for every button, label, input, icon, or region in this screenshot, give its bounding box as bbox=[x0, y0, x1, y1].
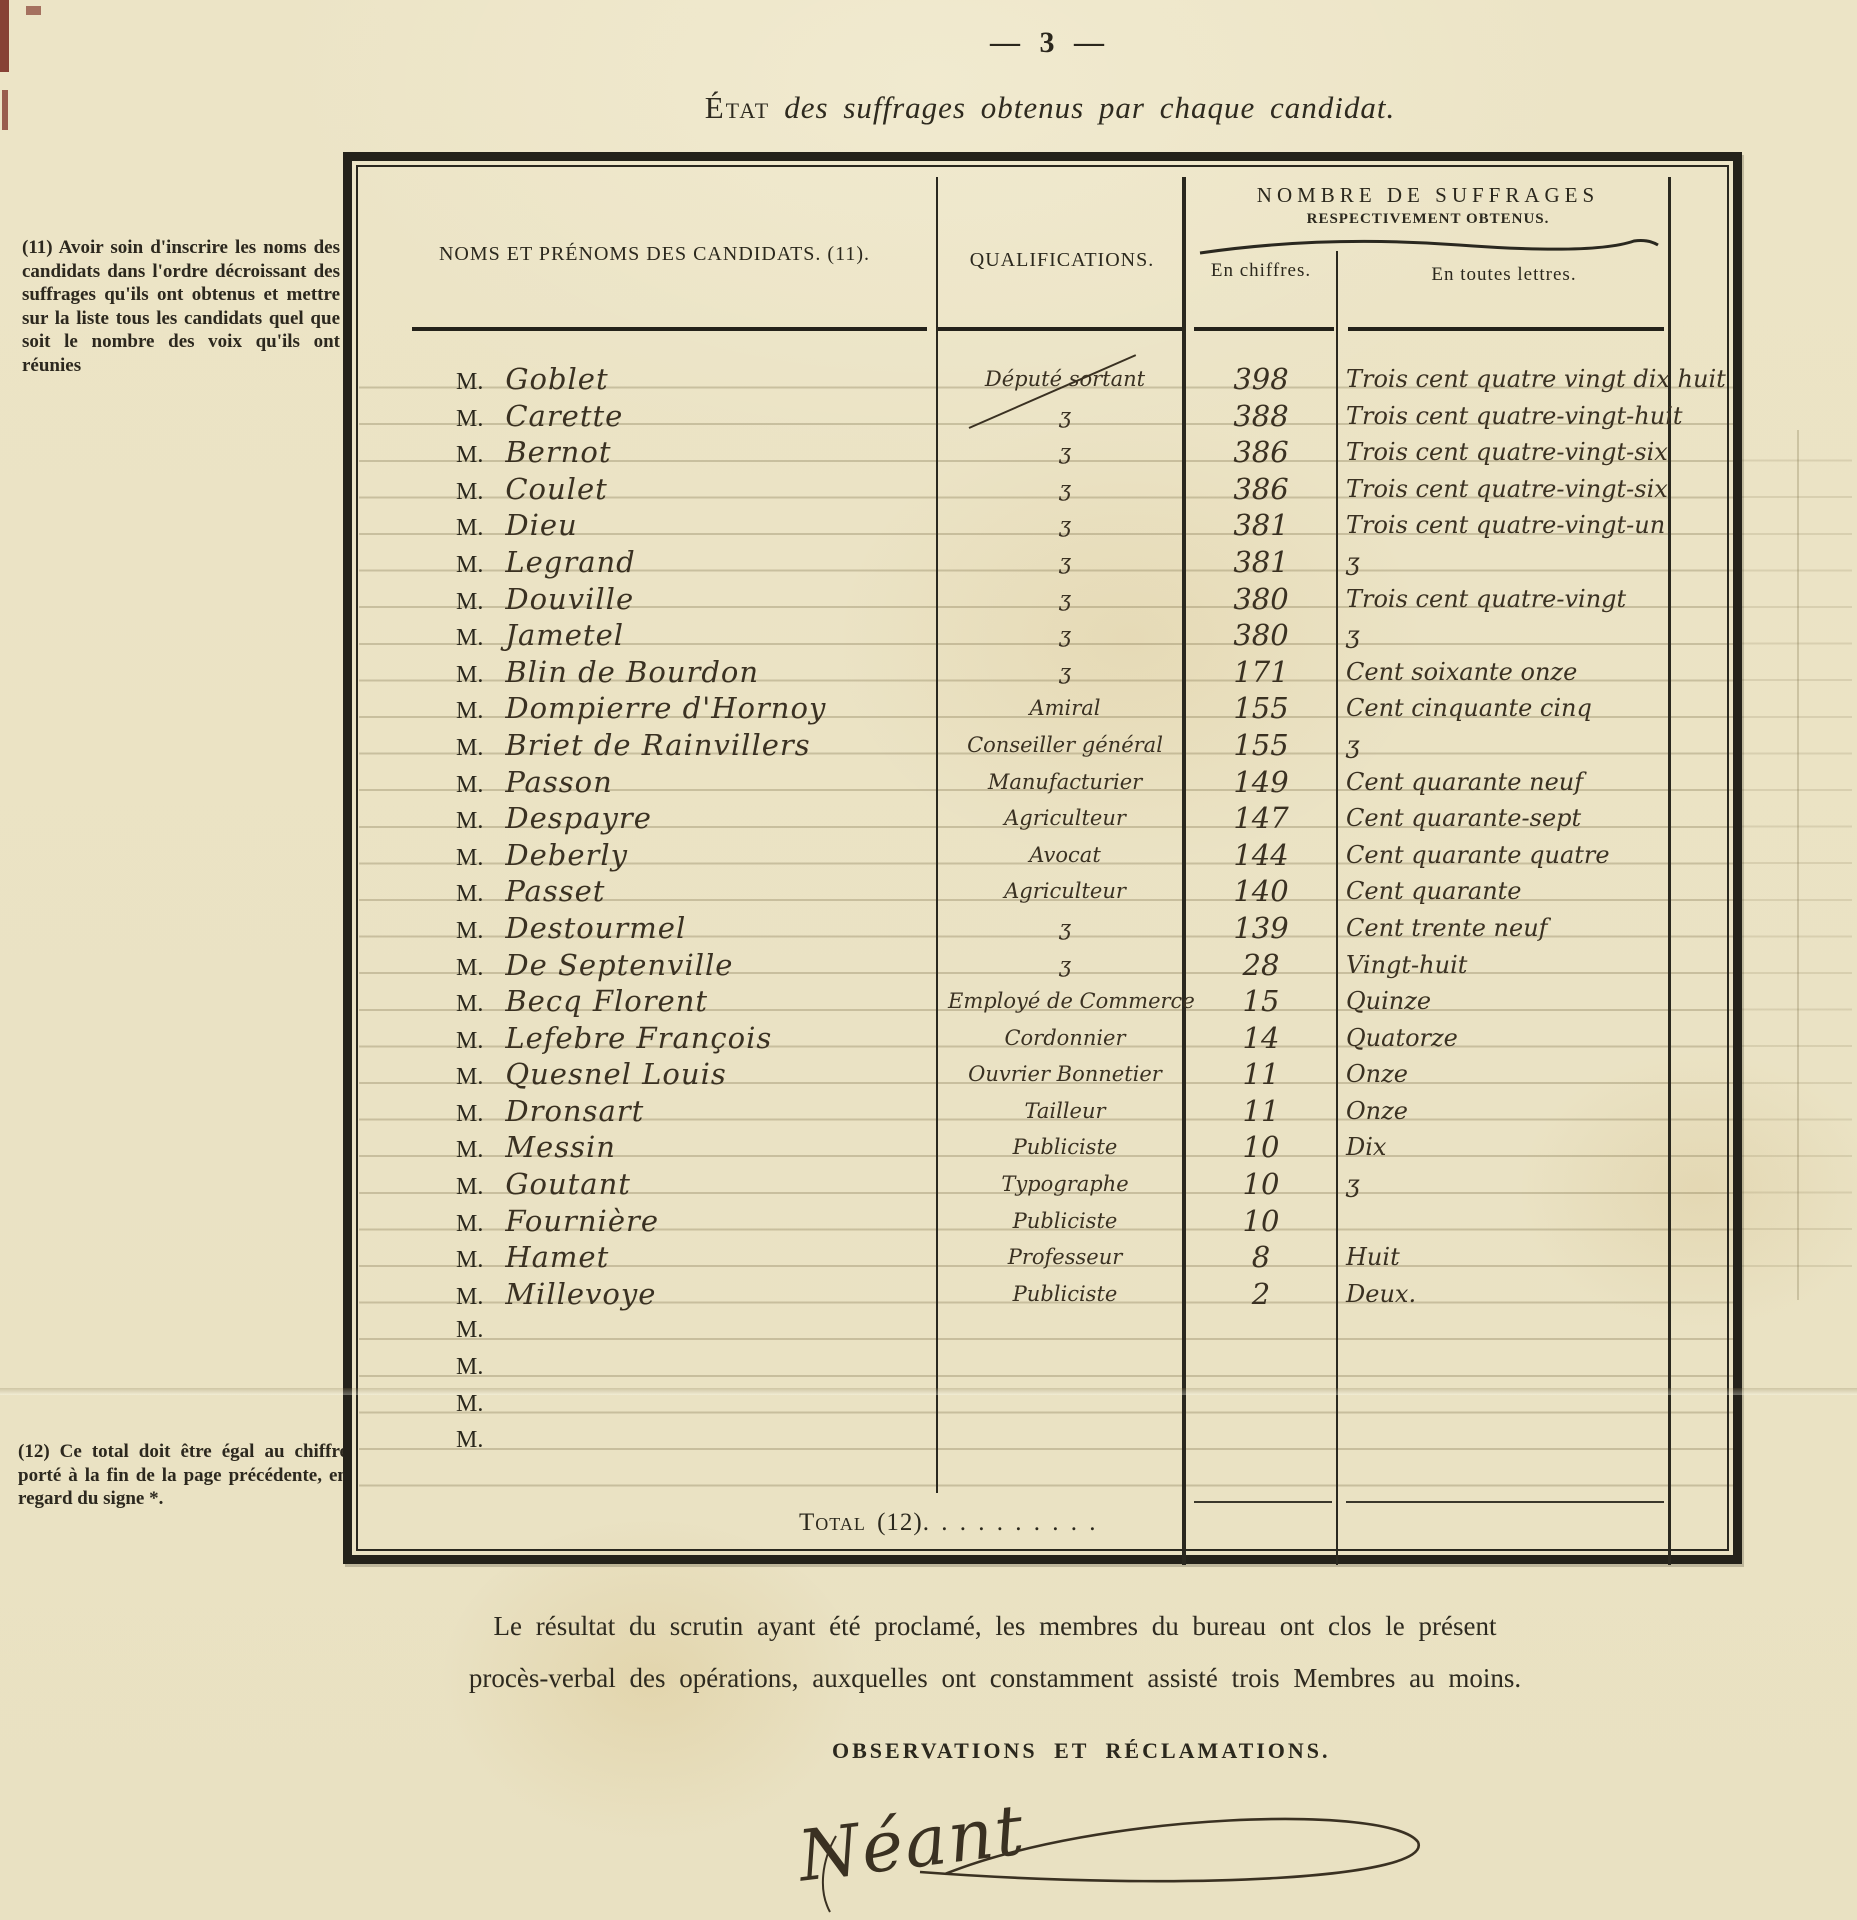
row-prefix: M. bbox=[456, 589, 483, 615]
table-rows: M.GobletDéputé sortant398Trois cent quat… bbox=[352, 361, 1733, 1459]
qualification: Ouvrier Bonnetier bbox=[948, 1056, 1182, 1093]
table-row: M.PassonManufacturier149Cent quarante ne… bbox=[352, 764, 1733, 801]
votes-figure: 171 bbox=[1188, 654, 1334, 691]
votes-words: Trois cent quatre-vingt bbox=[1346, 581, 1806, 618]
candidate-name: Passet bbox=[505, 874, 605, 908]
table-row: M.Couletʒ386Trois cent quatre-vingt-six bbox=[352, 471, 1733, 508]
votes-figure: 11 bbox=[1188, 1093, 1334, 1130]
row-prefix: M. bbox=[456, 515, 483, 541]
table-row: M.MessinPubliciste10Dix bbox=[352, 1129, 1733, 1166]
qualification: Conseiller général bbox=[948, 727, 1182, 764]
candidate-name: Coulet bbox=[505, 472, 607, 506]
scan-edge-mark bbox=[0, 0, 9, 72]
row-prefix: M. bbox=[456, 698, 483, 724]
votes-words: ʒ bbox=[1346, 727, 1806, 764]
row-prefix: M. bbox=[456, 406, 483, 432]
margin-note-12: (12) Ce total doit être égal au chiffre … bbox=[18, 1440, 348, 1511]
table-row: M.Dieuʒ381Trois cent quatre-vingt-un bbox=[352, 507, 1733, 544]
candidate-name: Dompierre d'Hornoy bbox=[505, 691, 826, 725]
title-smallcaps: État bbox=[705, 90, 771, 125]
candidate-cell: M.Goblet bbox=[456, 361, 609, 398]
qualification: Amiral bbox=[948, 690, 1182, 727]
row-prefix: M. bbox=[456, 552, 483, 578]
qualification: Professeur bbox=[948, 1239, 1182, 1276]
qualification: ʒ bbox=[948, 398, 1182, 435]
candidate-name: Quesnel Louis bbox=[505, 1057, 726, 1091]
candidate-name: Millevoye bbox=[505, 1277, 656, 1311]
qualification: Député sortant bbox=[948, 361, 1182, 398]
table-row: M.Destourmelʒ139Cent trente neuf bbox=[352, 910, 1733, 947]
votes-words: Quinze bbox=[1346, 983, 1806, 1020]
votes-words: Dix bbox=[1346, 1129, 1806, 1166]
candidate-name: Dronsart bbox=[505, 1094, 644, 1128]
votes-figure: 28 bbox=[1188, 947, 1334, 984]
scan-edge-mark bbox=[26, 6, 41, 15]
candidate-cell: M.Becq Florent bbox=[456, 983, 708, 1020]
candidate-name: Jametel bbox=[505, 618, 624, 652]
table-row: M.Blin de Bourdonʒ171Cent soixante onze bbox=[352, 654, 1733, 691]
table-row: M.Lefebre FrançoisCordonnier14Quatorze bbox=[352, 1020, 1733, 1057]
qualification: Cordonnier bbox=[948, 1020, 1182, 1057]
header-qualifications: QUALIFICATIONS. bbox=[942, 249, 1182, 272]
table-row: M.DespayreAgriculteur147Cent quarante-se… bbox=[352, 800, 1733, 837]
candidate-cell: M.Fournière bbox=[456, 1203, 659, 1240]
candidate-cell: M.Deberly bbox=[456, 837, 628, 874]
votes-figure: 8 bbox=[1188, 1239, 1334, 1276]
total-line-lettres bbox=[1346, 1501, 1664, 1503]
total-label: Total (12). . . . . . . . . . bbox=[799, 1509, 1179, 1537]
candidate-cell: M.Jametel bbox=[456, 617, 624, 654]
votes-words: Onze bbox=[1346, 1056, 1806, 1093]
votes-words bbox=[1346, 1203, 1806, 1240]
candidate-cell: M.Blin de Bourdon bbox=[456, 654, 759, 691]
candidate-cell: M. bbox=[456, 1349, 483, 1386]
row-prefix: M. bbox=[456, 955, 483, 981]
table-row-empty: M. bbox=[352, 1422, 1733, 1459]
observations-heading: OBSERVATIONS ET RÉCLAMATIONS. bbox=[832, 1738, 1331, 1764]
votes-figure: 380 bbox=[1188, 581, 1334, 618]
scanned-document-page: — 3 — Étatdes suffrages obtenus par chaq… bbox=[0, 0, 1857, 1920]
table-row-empty: M. bbox=[352, 1312, 1733, 1349]
candidate-name: Goblet bbox=[505, 362, 608, 396]
qualification: Tailleur bbox=[948, 1093, 1182, 1130]
observations-entry-handwritten: Néant bbox=[770, 1790, 1470, 1920]
candidate-cell: M.Passon bbox=[456, 764, 613, 801]
candidate-cell: M. bbox=[456, 1422, 483, 1459]
candidate-name: Bernot bbox=[505, 435, 611, 469]
votes-words: Cent trente neuf bbox=[1346, 910, 1806, 947]
votes-words: ʒ bbox=[1346, 1166, 1806, 1203]
table-row: M.GobletDéputé sortant398Trois cent quat… bbox=[352, 361, 1733, 398]
candidate-cell: M.Legrand bbox=[456, 544, 636, 581]
row-prefix: M. bbox=[456, 442, 483, 468]
candidate-name: Hamet bbox=[505, 1240, 609, 1274]
header-suffrages-sub: RESPECTIVEMENT OBTENUS. bbox=[1188, 211, 1668, 228]
qualification: Manufacturier bbox=[948, 764, 1182, 801]
qualification: ʒ bbox=[948, 617, 1182, 654]
qualification: Agriculteur bbox=[948, 873, 1182, 910]
votes-words: Trois cent quatre-vingt-six bbox=[1346, 434, 1806, 471]
total-line-chiffres bbox=[1194, 1501, 1332, 1503]
row-prefix: M. bbox=[456, 1317, 483, 1343]
table-row: M.DronsartTailleur11Onze bbox=[352, 1093, 1733, 1130]
votes-figure: 10 bbox=[1188, 1203, 1334, 1240]
candidate-cell: M.Briet de Rainvillers bbox=[456, 727, 811, 764]
document-title: Étatdes suffrages obtenus par chaque can… bbox=[0, 90, 1857, 126]
votes-words: Huit bbox=[1346, 1239, 1806, 1276]
row-prefix: M. bbox=[456, 369, 483, 395]
votes-figure: 15 bbox=[1188, 983, 1334, 1020]
votes-words: Cent quarante bbox=[1346, 873, 1806, 910]
votes-figure: 380 bbox=[1188, 617, 1334, 654]
row-prefix: M. bbox=[456, 1284, 483, 1310]
row-prefix: M. bbox=[456, 1354, 483, 1380]
header-rule bbox=[938, 327, 1182, 331]
table-row: M.DeberlyAvocat144Cent quarante quatre bbox=[352, 837, 1733, 874]
candidate-cell: M.Passet bbox=[456, 873, 605, 910]
votes-words: Trois cent quatre vingt dix huit bbox=[1346, 361, 1806, 398]
candidate-cell: M. bbox=[456, 1312, 483, 1349]
row-prefix: M. bbox=[456, 479, 483, 505]
candidate-cell: M.Dronsart bbox=[456, 1093, 644, 1130]
candidate-cell: M.Bernot bbox=[456, 434, 611, 471]
row-prefix: M. bbox=[456, 1028, 483, 1054]
header-rule bbox=[1194, 327, 1334, 331]
header-suffrages: NOMBRE DE SUFFRAGES bbox=[1188, 183, 1668, 208]
table-row: M.Bernotʒ386Trois cent quatre-vingt-six bbox=[352, 434, 1733, 471]
candidate-cell: M.Messin bbox=[456, 1129, 616, 1166]
votes-words: Trois cent quatre-vingt-huit bbox=[1346, 398, 1806, 435]
title-italic: des suffrages obtenus par chaque candida… bbox=[784, 90, 1395, 125]
table-row: M.Legrandʒ381ʒ bbox=[352, 544, 1733, 581]
closing-line-1: Le résultat du scrutin ayant été proclam… bbox=[405, 1600, 1585, 1652]
qualification: ʒ bbox=[948, 471, 1182, 508]
candidate-name: Deberly bbox=[505, 838, 628, 872]
candidate-cell: M.Destourmel bbox=[456, 910, 686, 947]
margin-note-11: (11) Avoir soin d'inscrire les noms des … bbox=[22, 236, 340, 377]
votes-words: ʒ bbox=[1346, 617, 1806, 654]
table-row: M.Briet de RainvillersConseiller général… bbox=[352, 727, 1733, 764]
table-row: M.De Septenvilleʒ28Vingt-huit bbox=[352, 947, 1733, 984]
candidate-cell: M. bbox=[456, 1386, 483, 1423]
candidate-name: Despayre bbox=[505, 801, 652, 835]
row-prefix: M. bbox=[456, 1247, 483, 1273]
votes-words: Cent quarante neuf bbox=[1346, 764, 1806, 801]
votes-figure: 386 bbox=[1188, 471, 1334, 508]
closing-statement: Le résultat du scrutin ayant été proclam… bbox=[405, 1600, 1585, 1704]
votes-figure: 149 bbox=[1188, 764, 1334, 801]
votes-words: Trois cent quatre-vingt-un bbox=[1346, 507, 1806, 544]
votes-figure: 2 bbox=[1188, 1276, 1334, 1313]
row-prefix: M. bbox=[456, 991, 483, 1017]
qualification: Publiciste bbox=[948, 1129, 1182, 1166]
candidate-cell: M.Millevoye bbox=[456, 1276, 656, 1313]
candidate-name: Fournière bbox=[505, 1204, 659, 1238]
votes-words: Cent quarante-sept bbox=[1346, 800, 1806, 837]
row-prefix: M. bbox=[456, 735, 483, 761]
table-row: M.Quesnel LouisOuvrier Bonnetier11Onze bbox=[352, 1056, 1733, 1093]
candidate-cell: M.Quesnel Louis bbox=[456, 1056, 727, 1093]
row-prefix: M. bbox=[456, 1211, 483, 1237]
row-prefix: M. bbox=[456, 1174, 483, 1200]
row-prefix: M. bbox=[456, 1137, 483, 1163]
votes-figure: 14 bbox=[1188, 1020, 1334, 1057]
table-row: M.Jametelʒ380ʒ bbox=[352, 617, 1733, 654]
candidate-cell: M.Hamet bbox=[456, 1239, 609, 1276]
table-row: M.HametProfesseur8Huit bbox=[352, 1239, 1733, 1276]
results-table: NOMS ET PRÉNOMS DES CANDIDATS. (11). QUA… bbox=[343, 152, 1742, 1564]
candidate-cell: M.Carette bbox=[456, 398, 623, 435]
qualification: Publiciste bbox=[948, 1203, 1182, 1240]
row-prefix: M. bbox=[456, 808, 483, 834]
header-rule bbox=[412, 327, 927, 331]
candidate-name: Lefebre François bbox=[505, 1021, 772, 1055]
candidate-name: Becq Florent bbox=[505, 984, 708, 1018]
page-number: — 3 — bbox=[0, 26, 1857, 60]
table-row: M.GoutantTypographe10ʒ bbox=[352, 1166, 1733, 1203]
candidate-name: Dieu bbox=[505, 508, 577, 542]
row-prefix: M. bbox=[456, 625, 483, 651]
votes-words: Vingt-huit bbox=[1346, 947, 1806, 984]
qualification: Avocat bbox=[948, 837, 1182, 874]
candidate-cell: M.Dompierre d'Hornoy bbox=[456, 690, 826, 727]
row-prefix: M. bbox=[456, 772, 483, 798]
votes-figure: 10 bbox=[1188, 1129, 1334, 1166]
header-brace-curve bbox=[1194, 233, 1664, 259]
candidate-cell: M.Dieu bbox=[456, 507, 578, 544]
row-prefix: M. bbox=[456, 845, 483, 871]
table-row: M.Douvilleʒ380Trois cent quatre-vingt bbox=[352, 581, 1733, 618]
qualification: ʒ bbox=[948, 544, 1182, 581]
votes-words: Cent soixante onze bbox=[1346, 654, 1806, 691]
votes-figure: 398 bbox=[1188, 361, 1334, 398]
votes-figure: 381 bbox=[1188, 507, 1334, 544]
votes-words: ʒ bbox=[1346, 544, 1806, 581]
candidate-name: Goutant bbox=[505, 1167, 631, 1201]
votes-words: Trois cent quatre-vingt-six bbox=[1346, 471, 1806, 508]
closing-line-2: procès-verbal des opérations, auxquelles… bbox=[405, 1652, 1585, 1704]
candidate-name: Briet de Rainvillers bbox=[505, 728, 810, 762]
row-prefix: M. bbox=[456, 662, 483, 688]
candidate-name: Carette bbox=[505, 399, 623, 433]
row-prefix: M. bbox=[456, 1427, 483, 1453]
candidate-name: Passon bbox=[505, 765, 612, 799]
candidate-cell: M.Coulet bbox=[456, 471, 608, 508]
votes-figure: 144 bbox=[1188, 837, 1334, 874]
qualification: ʒ bbox=[948, 507, 1182, 544]
header-rule bbox=[1348, 327, 1664, 331]
row-prefix: M. bbox=[456, 918, 483, 944]
votes-figure: 140 bbox=[1188, 873, 1334, 910]
scan-edge-mark bbox=[2, 90, 8, 130]
votes-words: Onze bbox=[1346, 1093, 1806, 1130]
votes-figure: 147 bbox=[1188, 800, 1334, 837]
votes-figure: 386 bbox=[1188, 434, 1334, 471]
votes-figure: 11 bbox=[1188, 1056, 1334, 1093]
header-en-chiffres: En chiffres. bbox=[1186, 260, 1336, 282]
candidate-cell: M.Douville bbox=[456, 581, 634, 618]
table-row: M.MillevoyePubliciste2Deux. bbox=[352, 1276, 1733, 1313]
candidate-cell: M.Goutant bbox=[456, 1166, 631, 1203]
qualification: ʒ bbox=[948, 910, 1182, 947]
qualification: ʒ bbox=[948, 654, 1182, 691]
votes-words: Quatorze bbox=[1346, 1020, 1806, 1057]
candidate-cell: M.De Septenville bbox=[456, 947, 733, 984]
votes-figure: 10 bbox=[1188, 1166, 1334, 1203]
candidate-name: Legrand bbox=[505, 545, 635, 579]
candidate-name: Douville bbox=[505, 582, 634, 616]
qualification: ʒ bbox=[948, 947, 1182, 984]
candidate-name: Destourmel bbox=[505, 911, 686, 945]
table-row-empty: M. bbox=[352, 1349, 1733, 1386]
votes-figure: 388 bbox=[1188, 398, 1334, 435]
candidate-name: Blin de Bourdon bbox=[505, 655, 759, 689]
header-en-toutes-lettres: En toutes lettres. bbox=[1340, 264, 1668, 286]
qualification: Typographe bbox=[948, 1166, 1182, 1203]
table-row: M.Dompierre d'HornoyAmiral155Cent cinqua… bbox=[352, 690, 1733, 727]
votes-words: Cent quarante quatre bbox=[1346, 837, 1806, 874]
qualification: ʒ bbox=[948, 581, 1182, 618]
row-prefix: M. bbox=[456, 1101, 483, 1127]
candidate-cell: M.Despayre bbox=[456, 800, 652, 837]
row-prefix: M. bbox=[456, 881, 483, 907]
votes-figure: 155 bbox=[1188, 690, 1334, 727]
votes-words: Deux. bbox=[1346, 1276, 1806, 1313]
votes-words: Cent cinquante cinq bbox=[1346, 690, 1806, 727]
qualification: Publiciste bbox=[948, 1276, 1182, 1313]
qualification: ʒ bbox=[948, 434, 1182, 471]
table-row: M.FournièrePubliciste10 bbox=[352, 1203, 1733, 1240]
candidate-cell: M.Lefebre François bbox=[456, 1020, 772, 1057]
table-row: M.Becq FlorentEmployé de Commerce15Quinz… bbox=[352, 983, 1733, 1020]
row-prefix: M. bbox=[456, 1391, 483, 1417]
table-row: M.Caretteʒ388Trois cent quatre-vingt-hui… bbox=[352, 398, 1733, 435]
qualification: Employé de Commerce bbox=[948, 983, 1182, 1020]
votes-figure: 381 bbox=[1188, 544, 1334, 581]
candidate-name: Messin bbox=[505, 1130, 616, 1164]
qualification: Agriculteur bbox=[948, 800, 1182, 837]
votes-figure: 155 bbox=[1188, 727, 1334, 764]
table-row-empty: M. bbox=[352, 1386, 1733, 1423]
table-row: M.PassetAgriculteur140Cent quarante bbox=[352, 873, 1733, 910]
header-names: NOMS ET PRÉNOMS DES CANDIDATS. (11). bbox=[377, 243, 932, 266]
row-prefix: M. bbox=[456, 1064, 483, 1090]
candidate-name: De Septenville bbox=[505, 948, 733, 982]
votes-figure: 139 bbox=[1188, 910, 1334, 947]
